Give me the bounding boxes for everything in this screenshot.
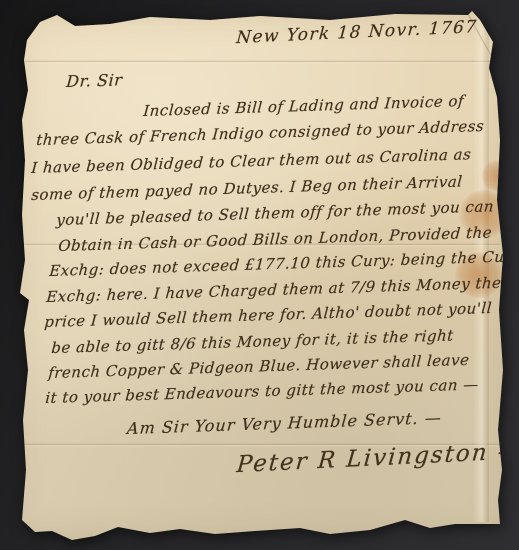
closing-line: Am Sir Your Very Humble Servt. — (126, 408, 442, 438)
date-line: New York 18 Novr. 1767 (235, 17, 478, 48)
salutation-line: Dr. Sir (66, 70, 123, 91)
body-line: you'll be pleased to Sell them off for t… (56, 197, 495, 229)
paper-shadow-wrap: New York 18 Novr. 1767 Dr. Sir Inclosed … (0, 0, 519, 550)
fold-crease-top (20, 60, 500, 64)
letter-photo: New York 18 Novr. 1767 Dr. Sir Inclosed … (0, 0, 519, 550)
body-line: it to your best Endeavours to gitt the m… (45, 375, 480, 407)
body-line: I have been Oblidged to Clear them out a… (31, 145, 472, 177)
body-line: Inclosed is Bill of Lading and Invoice o… (143, 92, 465, 120)
paper: New York 18 Novr. 1767 Dr. Sir Inclosed … (0, 0, 519, 550)
body-line: three Cask of French Indigo consigned to… (36, 117, 485, 149)
